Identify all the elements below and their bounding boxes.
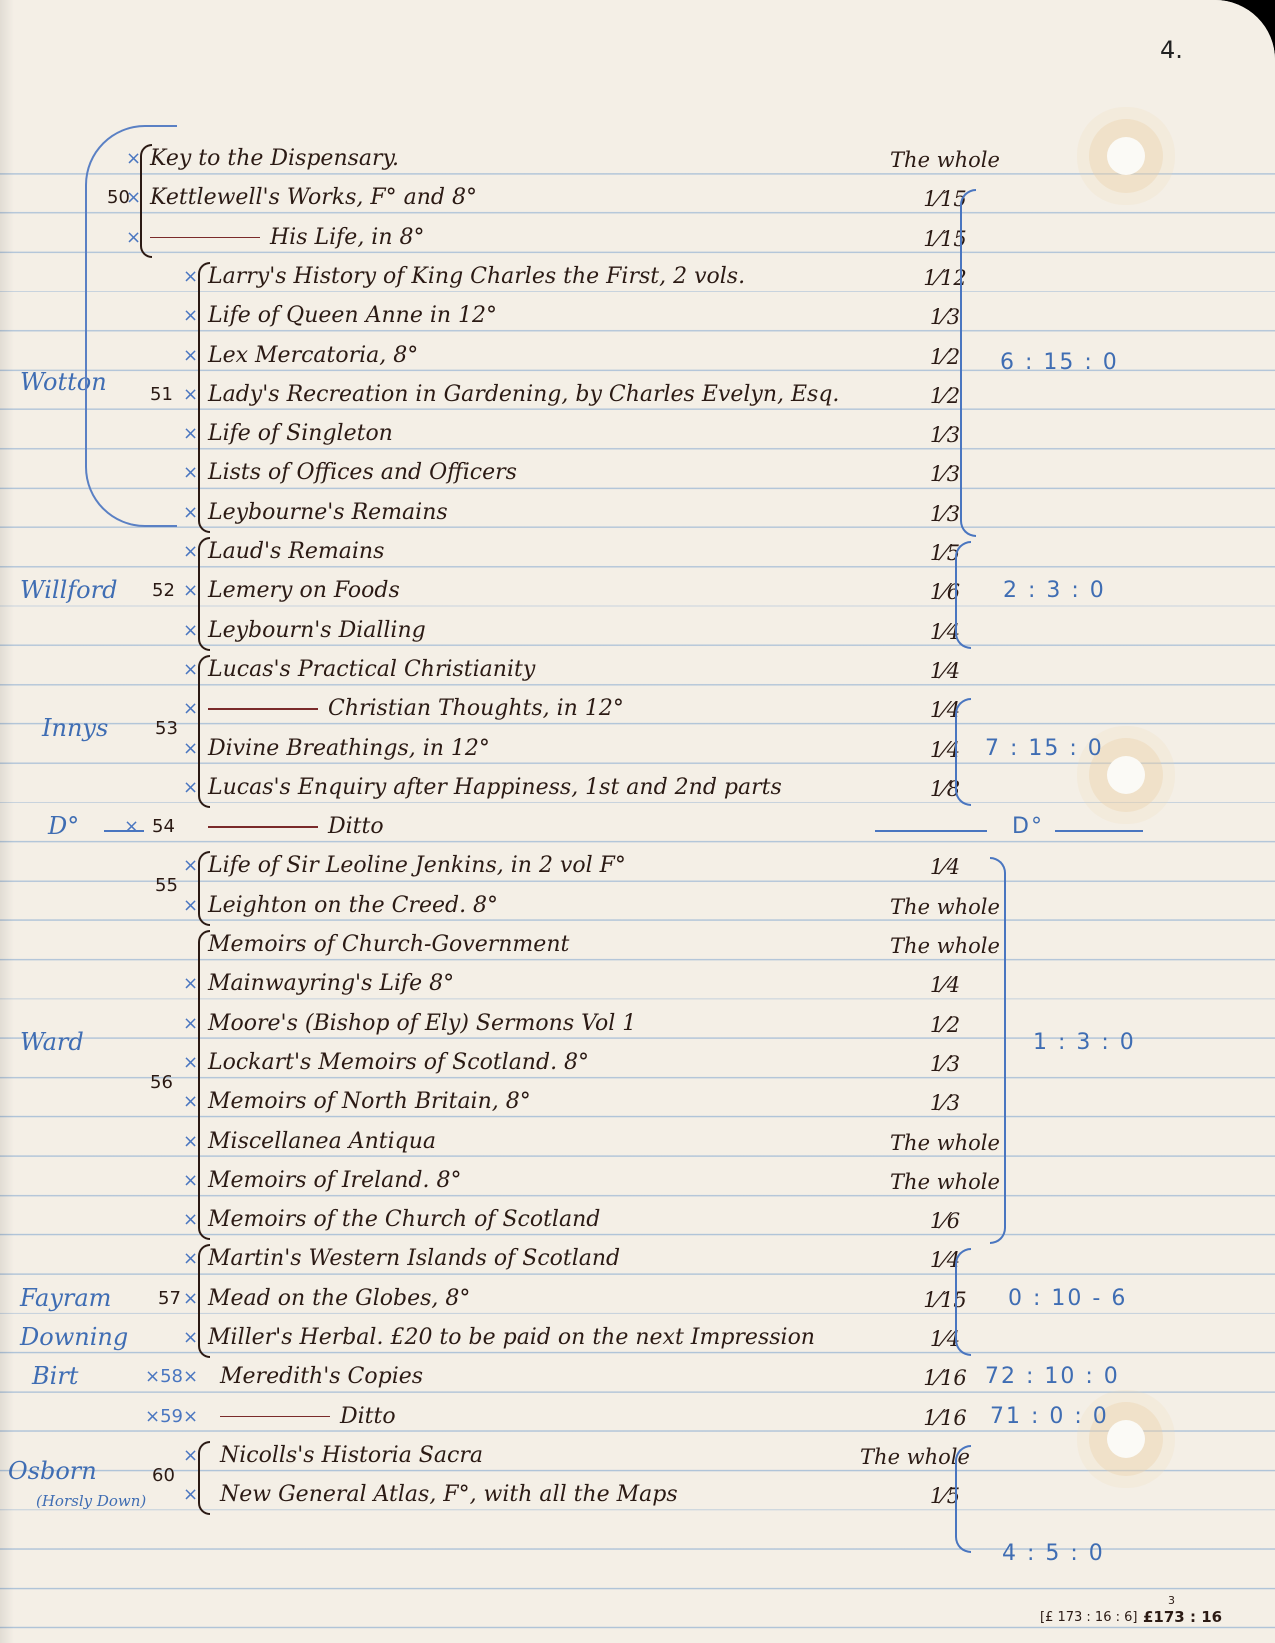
book-title-text: Life of Singleton — [208, 421, 393, 446]
book-title: Life of Sir Leoline Jenkins, in 2 vol F° — [208, 855, 626, 877]
book-title-text: Ditto — [340, 1404, 396, 1429]
book-title: Life of Queen Anne in 12° — [208, 305, 497, 327]
book-title: Lady's Recreation in Gardening, by Charl… — [208, 384, 839, 406]
share-fraction: 1⁄3 — [870, 502, 1020, 526]
book-title-text: Lemery on Foods — [208, 578, 400, 603]
lot-total: 1 : 3 : 0 — [1033, 1030, 1136, 1055]
book-title: Larry's History of King Charles the Firs… — [208, 266, 745, 288]
book-title-text: Kettlewell's Works, F° and 8° — [150, 185, 477, 210]
checkmark-x-icon: × — [183, 659, 198, 680]
lot-total: 2 : 3 : 0 — [1003, 578, 1106, 603]
lot-number: 57 — [158, 1288, 181, 1309]
book-title: Lex Mercatoria, 8° — [208, 345, 418, 367]
share-fraction: 1⁄2 — [870, 345, 1020, 369]
book-title-text: Christian Thoughts, in 12° — [328, 696, 624, 721]
page-number: 4. — [1160, 36, 1183, 64]
lot-total: 71 : 0 : 0 — [990, 1404, 1109, 1429]
entry-brace — [198, 930, 210, 1240]
checkmark-x-icon: × — [183, 384, 198, 405]
book-title-text: Nicolls's Historia Sacra — [220, 1443, 483, 1468]
lot-total: D° — [1012, 814, 1044, 839]
entry-brace — [198, 262, 210, 533]
book-title-text: Leighton on the Creed. 8° — [208, 893, 498, 918]
buyer-name: Birt — [32, 1362, 78, 1390]
checkmark-x-icon: × — [183, 1406, 198, 1427]
book-title: Key to the Dispensary. — [150, 148, 399, 170]
book-title-text: Lex Mercatoria, 8° — [208, 343, 418, 368]
book-title-text: Memoirs of North Britain, 8° — [208, 1089, 531, 1114]
book-title: Life of Singleton — [208, 423, 393, 445]
table-row: ×Larry's History of King Charles the Fir… — [0, 258, 1275, 297]
table-row: ×Memoirs of North Britain, 8°1⁄3 — [0, 1083, 1275, 1122]
wotton-bracket — [85, 125, 177, 527]
book-title-text: Lucas's Enquiry after Happiness, 1st and… — [208, 775, 782, 800]
buyer-name: Downing — [20, 1323, 128, 1351]
table-row: ×Life of Singleton1⁄3 — [0, 415, 1275, 454]
share-fraction: The whole — [870, 148, 1020, 172]
book-title-text: Life of Queen Anne in 12° — [208, 303, 497, 328]
share-fraction: 1⁄5 — [870, 541, 1020, 565]
share-fraction: 1⁄15 — [870, 1288, 1020, 1312]
lot-number: 54 — [152, 816, 175, 837]
share-fraction: 1⁄3 — [870, 305, 1020, 329]
checkmark-x-icon: × — [183, 580, 198, 601]
share-fraction: 1⁄15 — [870, 187, 1020, 211]
checkmark-x-icon: × — [183, 1170, 198, 1191]
checkmark-x-icon: × — [183, 620, 198, 641]
book-title: Lists of Offices and Officers — [208, 462, 517, 484]
ditto-line — [875, 830, 987, 832]
book-title-text: Leybourn's Dialling — [208, 618, 426, 643]
lot-number: 55 — [155, 875, 178, 896]
checkmark-x-icon: × — [183, 1248, 198, 1269]
checkmark-x-icon: × — [183, 1013, 198, 1034]
share-fraction: 1⁄3 — [870, 423, 1020, 447]
checkmark-x-icon: × — [124, 816, 139, 837]
book-title: Laud's Remains — [208, 541, 384, 563]
book-title: Leybourn's Dialling — [208, 620, 426, 642]
book-title: Mead on the Globes, 8° — [208, 1288, 470, 1310]
book-title-text: New General Atlas, F°, with all the Maps — [220, 1482, 678, 1507]
table-row: ×Memoirs of Ireland. 8°The whole — [0, 1162, 1275, 1201]
book-title-text: Memoirs of Ireland. 8° — [208, 1168, 461, 1193]
checkmark-x-icon: × — [183, 1445, 198, 1466]
total-brace — [955, 1248, 971, 1356]
book-title: Memoirs of Church-Government — [208, 934, 569, 956]
book-title-text: Mead on the Globes, 8° — [208, 1286, 470, 1311]
checkmark-x-icon: × — [183, 502, 198, 523]
book-title-text: Moore's (Bishop of Ely) Sermons Vol 1 — [208, 1011, 636, 1036]
ditto-line — [104, 830, 144, 832]
book-title: Lucas's Enquiry after Happiness, 1st and… — [208, 777, 782, 799]
grand-total: £173 : 16 — [1143, 1608, 1222, 1626]
entry-brace — [198, 1441, 210, 1516]
checkmark-x-icon: × — [183, 1091, 198, 1112]
book-title-text: Memoirs of Church-Government — [208, 932, 569, 957]
checkmark-x-icon: × — [183, 738, 198, 759]
checkmark-x-icon: × — [183, 1131, 198, 1152]
entry-brace — [198, 537, 210, 651]
checkmark-x-icon: × — [183, 777, 198, 798]
book-title: His Life, in 8° — [150, 227, 425, 249]
lot-number: 53 — [155, 718, 178, 739]
book-title-text: Miller's Herbal. £20 to be paid on the n… — [208, 1325, 815, 1350]
book-title-text: His Life, in 8° — [270, 225, 425, 250]
book-title: Kettlewell's Works, F° and 8° — [150, 187, 477, 209]
table-row: ×Lucas's Enquiry after Happiness, 1st an… — [0, 769, 1275, 808]
bracketed-grand-total: [£ 173 : 16 : 6] — [1040, 1610, 1137, 1625]
table-row: ×Christian Thoughts, in 12°1⁄4 — [0, 690, 1275, 729]
share-fraction: 1⁄15 — [870, 227, 1020, 251]
checkmark-x-icon: × — [183, 1327, 198, 1348]
table-row: ×Memoirs of the Church of Scotland1⁄6 — [0, 1201, 1275, 1240]
table-row: ×Leybourne's Remains1⁄3 — [0, 494, 1275, 533]
book-title-text: Memoirs of the Church of Scotland — [208, 1207, 600, 1232]
checkmark-x-icon: × — [183, 1366, 198, 1387]
lot-number: ×58 — [145, 1366, 183, 1387]
book-title: Memoirs of North Britain, 8° — [208, 1091, 531, 1113]
table-row: ×His Life, in 8°1⁄15 — [0, 219, 1275, 258]
table-row: ×Kettlewell's Works, F° and 8°1⁄15 — [0, 179, 1275, 218]
book-title-text: Leybourne's Remains — [208, 500, 448, 525]
table-row: ×Nicolls's Historia SacraThe whole — [0, 1437, 1275, 1476]
total-brace — [955, 698, 971, 806]
book-title: Divine Breathings, in 12° — [208, 738, 490, 760]
checkmark-x-icon: × — [183, 266, 198, 287]
buyer-name: D° — [48, 812, 79, 840]
share-fraction: 1⁄6 — [870, 580, 1020, 604]
checkmark-x-icon: × — [183, 345, 198, 366]
book-title: Martin's Western Islands of Scotland — [208, 1248, 620, 1270]
book-title: Miller's Herbal. £20 to be paid on the n… — [208, 1327, 815, 1349]
share-fraction: 1⁄4 — [870, 659, 1020, 683]
book-title: Christian Thoughts, in 12° — [208, 698, 624, 720]
share-fraction: 1⁄4 — [870, 1248, 1020, 1272]
buyer-name: Ward — [20, 1028, 84, 1056]
table-row: ×Key to the Dispensary.The whole — [0, 140, 1275, 179]
book-title-text: Life of Sir Leoline Jenkins, in 2 vol F° — [208, 853, 626, 878]
book-title: Lucas's Practical Christianity — [208, 659, 535, 681]
checkmark-x-icon: × — [183, 698, 198, 719]
table-row: ×Life of Sir Leoline Jenkins, in 2 vol F… — [0, 847, 1275, 886]
ditto-dash — [220, 1416, 330, 1418]
book-title-text: Lucas's Practical Christianity — [208, 657, 535, 682]
lot-number: 56 — [150, 1072, 173, 1093]
checkmark-x-icon: × — [183, 305, 198, 326]
entry-brace — [198, 1244, 210, 1358]
book-title-text: Laud's Remains — [208, 539, 384, 564]
share-fraction: 1⁄5 — [870, 1484, 1020, 1508]
table-row: ×Martin's Western Islands of Scotland1⁄4 — [0, 1240, 1275, 1279]
lot-number: ×59 — [145, 1406, 183, 1427]
book-title-text: Larry's History of King Charles the Firs… — [208, 264, 745, 289]
book-title: Miscellanea Antiqua — [208, 1131, 436, 1153]
book-title: Leybourne's Remains — [208, 502, 448, 524]
book-title-text: Martin's Western Islands of Scotland — [208, 1246, 620, 1271]
lot-number: 52 — [152, 580, 175, 601]
book-title-text: Lockart's Memoirs of Scotland. 8° — [208, 1050, 589, 1075]
table-row: ×Life of Queen Anne in 12°1⁄3 — [0, 297, 1275, 336]
total-brace — [990, 857, 1006, 1244]
ditto-line — [1055, 830, 1143, 832]
share-fraction: 1⁄4 — [870, 620, 1020, 644]
book-title: New General Atlas, F°, with all the Maps — [220, 1484, 678, 1506]
table-row: ×Lists of Offices and Officers1⁄3 — [0, 454, 1275, 493]
total-brace — [960, 189, 976, 537]
entry-brace — [198, 655, 210, 808]
checkmark-x-icon: × — [183, 462, 198, 483]
share-fraction: 1⁄4 — [870, 698, 1020, 722]
book-title: Leighton on the Creed. 8° — [208, 895, 498, 917]
table-row: ×Leybourn's Dialling1⁄4 — [0, 612, 1275, 651]
buyer-name: Innys — [42, 714, 108, 742]
checkmark-x-icon: × — [183, 1288, 198, 1309]
share-fraction: 1⁄8 — [870, 777, 1020, 801]
buyer-name: Osborn — [8, 1457, 97, 1485]
checkmark-x-icon: × — [183, 541, 198, 562]
book-title: Ditto — [220, 1406, 396, 1428]
lot-total: 72 : 10 : 0 — [985, 1364, 1120, 1389]
table-row: ×New General Atlas, F°, with all the Map… — [0, 1476, 1275, 1515]
share-fraction: 1⁄3 — [870, 462, 1020, 486]
ditto-dash — [208, 708, 318, 710]
book-title: Meredith's Copies — [220, 1366, 423, 1388]
checkmark-x-icon: × — [183, 1052, 198, 1073]
book-title: Memoirs of Ireland. 8° — [208, 1170, 461, 1192]
table-row: Memoirs of Church-GovernmentThe whole — [0, 926, 1275, 965]
total-brace — [955, 1445, 971, 1553]
checkmark-x-icon: × — [183, 895, 198, 916]
book-title-text: Lists of Offices and Officers — [208, 460, 517, 485]
book-title-text: Key to the Dispensary. — [150, 146, 399, 171]
checkmark-x-icon: × — [183, 1484, 198, 1505]
lot-total: 7 : 15 : 0 — [985, 736, 1104, 761]
book-title: Nicolls's Historia Sacra — [220, 1445, 483, 1467]
entry-brace — [198, 851, 210, 926]
ditto-dash — [208, 826, 318, 828]
total-brace — [955, 541, 971, 649]
book-title-text: Meredith's Copies — [220, 1364, 423, 1389]
lot-total: 4 : 5 : 0 — [1002, 1541, 1105, 1566]
checkmark-x-icon: × — [183, 973, 198, 994]
buyer-name: Fayram — [20, 1284, 111, 1312]
share-fraction: 1⁄4 — [870, 1327, 1020, 1351]
buyer-note: (Horsly Down) — [36, 1492, 146, 1510]
share-fraction: 1⁄12 — [870, 266, 1020, 290]
table-row: ×Miller's Herbal. £20 to be paid on the … — [0, 1319, 1275, 1358]
lot-total: 0 : 10 - 6 — [1008, 1286, 1127, 1311]
grand-total-correction: 3 — [1168, 1594, 1175, 1607]
book-title: Memoirs of the Church of Scotland — [208, 1209, 600, 1231]
checkmark-x-icon: × — [183, 855, 198, 876]
book-title-text: Divine Breathings, in 12° — [208, 736, 490, 761]
table-row: ×Lucas's Practical Christianity1⁄4 — [0, 651, 1275, 690]
table-row: ×Lady's Recreation in Gardening, by Char… — [0, 376, 1275, 415]
table-row: ×Ditto — [0, 808, 1275, 847]
book-title: Moore's (Bishop of Ely) Sermons Vol 1 — [208, 1013, 636, 1035]
table-row: ×Miscellanea AntiquaThe whole — [0, 1123, 1275, 1162]
book-title: Lockart's Memoirs of Scotland. 8° — [208, 1052, 589, 1074]
book-title: Mainwayring's Life 8° — [208, 973, 454, 995]
buyer-name: Willford — [20, 576, 117, 604]
share-fraction: 1⁄2 — [870, 384, 1020, 408]
ledger-page: 4. ×Key to the Dispensary.The whole×Kett… — [0, 0, 1275, 1643]
lot-number: 60 — [152, 1465, 175, 1486]
book-title: Ditto — [208, 816, 384, 838]
table-row: ×Mainwayring's Life 8°1⁄4 — [0, 965, 1275, 1004]
book-title-text: Ditto — [328, 814, 384, 839]
lot-total: 6 : 15 : 0 — [1000, 350, 1119, 375]
book-title-text: Lady's Recreation in Gardening, by Charl… — [208, 382, 839, 407]
table-row: ×Leighton on the Creed. 8°The whole — [0, 887, 1275, 926]
book-title-text: Miscellanea Antiqua — [208, 1129, 436, 1154]
book-title-text: Mainwayring's Life 8° — [208, 971, 454, 996]
table-row: ×Laud's Remains1⁄5 — [0, 533, 1275, 572]
book-title: Lemery on Foods — [208, 580, 400, 602]
checkmark-x-icon: × — [183, 423, 198, 444]
checkmark-x-icon: × — [183, 1209, 198, 1230]
